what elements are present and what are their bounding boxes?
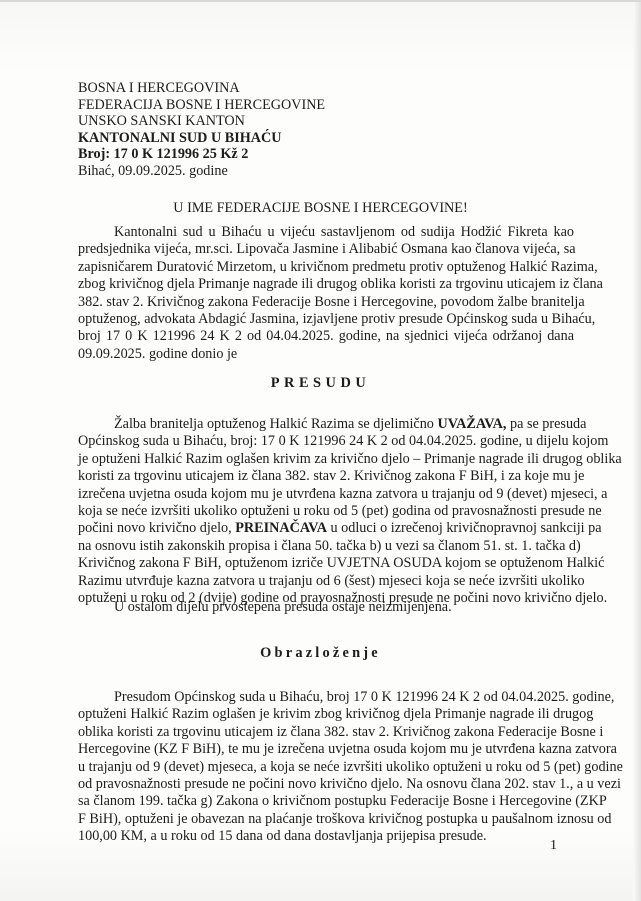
header-country: BOSNA I HERCEGOVINA	[78, 80, 325, 97]
text-segment: Kantonalni sud u Bihaću u vijeću sastavl…	[114, 224, 574, 240]
text-segment: optuženi Halkić Razim oglašen je krivim …	[78, 706, 593, 722]
text-line: sa članom 199. tačka g) Zakona o krivičn…	[78, 793, 574, 810]
text-segment: izrečena uvjetna osuda kojom mu je utvrđ…	[78, 486, 607, 502]
remainder-paragraph: U ostalom dijelu prvostepena presuda ost…	[78, 599, 574, 616]
intro-paragraph: Kantonalni sud u Bihaću u vijeću sastavl…	[78, 224, 574, 363]
text-segment: sa članom 199. tačka g) Zakona o krivičn…	[78, 793, 607, 809]
text-segment: F BiH), optuženi je obavezan na plaćanje…	[78, 811, 611, 827]
text-line: na osnovu istih zakonskih propisa i član…	[78, 538, 574, 555]
emphasized-verdict-word: UVAŽAVA,	[437, 416, 506, 432]
text-line: koristi za trgovinu uticajem iz člana 38…	[78, 468, 574, 485]
text-line: zbog krivičnog djela Primanje nagrade il…	[78, 276, 574, 293]
text-line: predsjednika vijeća, mr.sci. Lipovača Ja…	[78, 241, 574, 258]
text-segment: oblika koristi za trgovinu uticajem iz č…	[78, 724, 603, 740]
header-canton: UNSKO SANSKI KANTON	[78, 113, 325, 130]
verdict-heading: PRESUDU	[0, 375, 641, 392]
page-edge-shadow	[633, 2, 641, 901]
page-number: 1	[550, 838, 557, 854]
reasoning-paragraph: Presudom Općinskog suda u Bihaću, broj 1…	[78, 689, 574, 846]
text-segment: je optuženi Halkić Razim oglašen krivim …	[78, 451, 622, 467]
text-segment: 100,00 KM, a u roku od 15 dana od dana d…	[78, 828, 487, 844]
text-line: Kantonalni sud u Bihaću u vijeću sastavl…	[78, 224, 574, 241]
header-federation: FEDERACIJA BOSNE I HERCEGOVINE	[78, 97, 325, 114]
remainder-text: U ostalom dijelu prvostepena presuda ost…	[78, 599, 574, 616]
text-segment: zbog krivičnog djela Primanje nagrade il…	[78, 276, 603, 292]
text-segment: Krivičnog zakona F BiH, optuženom izriče…	[78, 555, 604, 571]
emphasized-verdict-word: PREINAČAVA	[235, 520, 327, 536]
text-line: zapisničarem Duratović Mirzetom, u krivi…	[78, 259, 574, 276]
verdict-paragraph: Žalba branitelja optuženog Halkić Razima…	[78, 416, 574, 607]
text-line: od pravosnažnosti presude ne počini novo…	[78, 776, 574, 793]
text-segment: počini novo krivično djelo,	[78, 520, 235, 536]
text-line: Razimu utvrđuje kazna zatvora u trajanju…	[78, 573, 574, 590]
text-line: oblika koristi za trgovinu uticajem iz č…	[78, 724, 574, 741]
header-court: KANTONALNI SUD U BIHAĆU	[78, 130, 325, 147]
court-header: BOSNA I HERCEGOVINA FEDERACIJA BOSNE I H…	[78, 80, 325, 180]
text-line: optuženi Halkić Razim oglašen je krivim …	[78, 706, 574, 723]
text-line: Općinskog suda u Bihaću, broj: 17 0 K 12…	[78, 433, 574, 450]
text-segment: koristi za trgovinu uticajem iz člana 38…	[78, 468, 584, 484]
text-segment: zapisničarem Duratović Mirzetom, u krivi…	[78, 259, 598, 275]
text-segment: broj 17 0 K 121996 24 K 2 od 04.04.2025.…	[78, 328, 574, 344]
text-segment: optuženog, advokata Abdagić Jasmina, izj…	[78, 311, 595, 327]
text-segment: na osnovu istih zakonskih propisa i član…	[78, 538, 581, 554]
text-segment: Hercegovine (KZ F BiH), te mu je izrečen…	[78, 741, 617, 757]
text-line: koja se neće izvršiti ukoliko optuženi u…	[78, 503, 574, 520]
text-line: počini novo krivično djelo, PREINAČAVA u…	[78, 520, 574, 537]
text-segment: koja se neće izvršiti ukoliko optuženi u…	[78, 503, 602, 519]
reasoning-heading: Obrazloženje	[0, 645, 641, 662]
text-segment: u odluci o izrečenoj krivičnopravnoj san…	[327, 520, 602, 536]
document-page: BOSNA I HERCEGOVINA FEDERACIJA BOSNE I H…	[0, 0, 641, 901]
text-line: F BiH), optuženi je obavezan na plaćanje…	[78, 811, 574, 828]
text-line: optuženog, advokata Abdagić Jasmina, izj…	[78, 311, 574, 328]
text-segment: 382. stav 2. Krivičnog zakona Federacije…	[78, 294, 585, 310]
text-segment: predsjednika vijeća, mr.sci. Lipovača Ja…	[78, 241, 576, 257]
text-segment: Razimu utvrđuje kazna zatvora u trajanju…	[78, 573, 585, 589]
text-line: izrečena uvjetna osuda kojom mu je utvrđ…	[78, 486, 574, 503]
text-segment: od pravosnažnosti presude ne počini novo…	[78, 776, 621, 792]
text-line: Žalba branitelja optuženog Halkić Razima…	[78, 416, 574, 433]
header-place-date: Bihać, 09.09.2025. godine	[78, 163, 325, 180]
text-line: Krivičnog zakona F BiH, optuženom izriče…	[78, 555, 574, 572]
text-segment: Presudom Općinskog suda u Bihaću, broj 1…	[114, 689, 614, 705]
text-segment: u trajanju od 9 (devet) mjeseca, a koja …	[78, 759, 623, 775]
text-segment: 09.09.2025. godine donio je	[78, 346, 237, 362]
text-segment: Žalba branitelja optuženog Halkić Razima…	[114, 416, 437, 432]
text-line: Presudom Općinskog suda u Bihaću, broj 1…	[78, 689, 574, 706]
text-line: 09.09.2025. godine donio je	[78, 346, 574, 363]
text-line: u trajanju od 9 (devet) mjeseca, a koja …	[78, 759, 574, 776]
text-segment: pa se presuda	[506, 416, 586, 432]
text-segment: Općinskog suda u Bihaću, broj: 17 0 K 12…	[78, 433, 608, 449]
text-line: Hercegovine (KZ F BiH), te mu je izrečen…	[78, 741, 574, 758]
text-line: je optuženi Halkić Razim oglašen krivim …	[78, 451, 574, 468]
header-case-number: Broj: 17 0 K 121996 25 Kž 2	[78, 146, 325, 163]
document-title: U IME FEDERACIJE BOSNE I HERCEGOVINE!	[0, 200, 641, 217]
text-line: 382. stav 2. Krivičnog zakona Federacije…	[78, 294, 574, 311]
text-line: broj 17 0 K 121996 24 K 2 od 04.04.2025.…	[78, 328, 574, 345]
text-line: 100,00 KM, a u roku od 15 dana od dana d…	[78, 828, 574, 845]
